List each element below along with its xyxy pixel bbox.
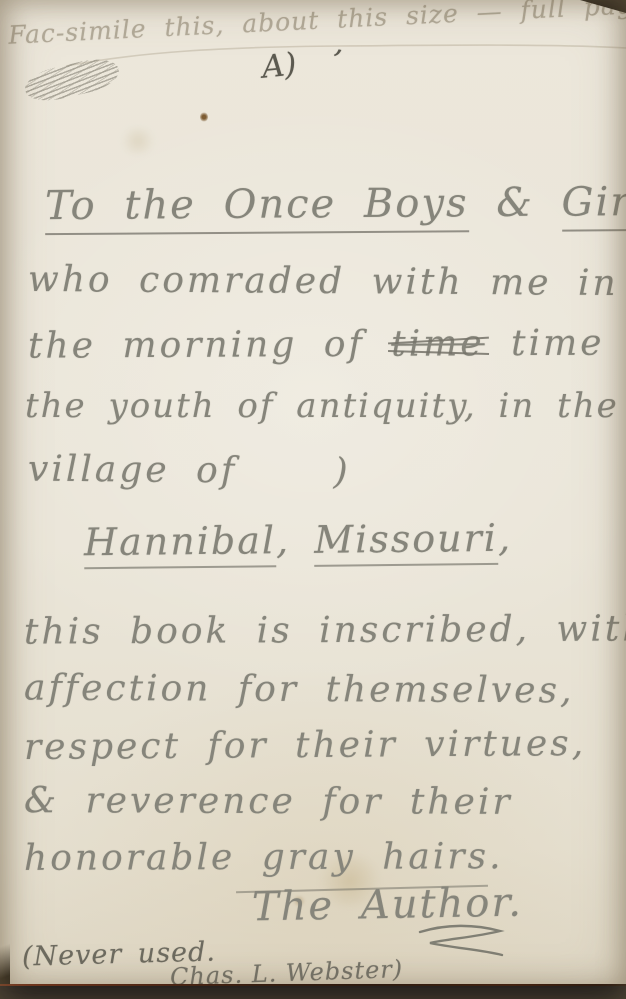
place-comma-2: ,: [498, 516, 513, 560]
revision-mark: A): [260, 48, 298, 84]
dedication-line-6: affection for themselves,: [24, 670, 575, 711]
manuscript-page: Fac-simile this, about this size — full …: [0, 0, 626, 999]
dedication-title: To the Once Boys & Girls: [45, 181, 626, 227]
line2-pre: the morning of: [28, 324, 365, 367]
title-ampersand: &: [496, 180, 534, 226]
signature-flourish: [416, 924, 506, 964]
line4-mark: ): [333, 451, 350, 492]
dedication-line-9: honorable gray hairs.: [24, 838, 504, 877]
place-name-2: Missouri: [314, 516, 498, 567]
title-part1: To the Once Boys: [45, 180, 469, 235]
binding-edge-black: [0, 986, 626, 999]
line2-post: time &: [511, 322, 626, 364]
dedication-line-4: village of ): [28, 451, 351, 492]
page-corner-dark: [580, 0, 626, 13]
line4-text: village of: [28, 449, 237, 492]
dedication-line-7: respect for their virtues,: [24, 725, 586, 767]
signature: The Author.: [252, 882, 524, 929]
dedication-line-5: this book is inscribed, with: [24, 610, 626, 651]
place-comma-1: ,: [276, 518, 291, 562]
title-part2: Girls: [561, 179, 626, 232]
dedication-line-2: the morning of time time &: [28, 324, 626, 365]
struck-word: time: [391, 325, 485, 363]
dedication-line-8: & reverence for their: [24, 782, 513, 822]
dedication-line-1: who comraded with me in: [28, 261, 619, 303]
place-name-1: Hannibal: [84, 518, 277, 569]
dedication-line-3: the youth of antiquity, in the: [25, 389, 619, 425]
place-line: Hannibal, Missouri,: [84, 519, 512, 563]
faint-stain: [118, 128, 158, 154]
